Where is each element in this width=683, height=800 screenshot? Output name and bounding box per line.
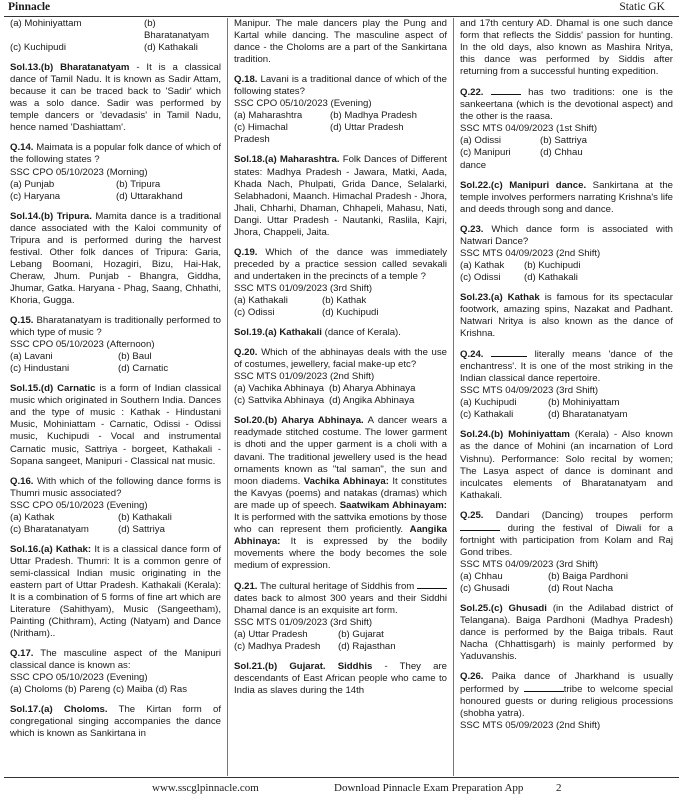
solution-22: Sol.22.(c) Manipuri dance. Sankirtana at… [460, 180, 673, 216]
option: (c) Madhya Pradesh [234, 641, 330, 653]
option: (a) Punjab [10, 179, 108, 191]
q13-options: (a) Mohiniyattam (b) Bharatanatyam (c) K… [10, 18, 221, 54]
question-14: Q.14. Maimata is a popular folk dance of… [10, 142, 221, 202]
answer-blank [491, 348, 527, 357]
question-label: Q.15. [10, 315, 33, 326]
answer-blank [460, 522, 500, 531]
question-25: Q.25. Dandari (Dancing) troupes perform … [460, 510, 673, 595]
option: (a) Lavani [10, 351, 110, 363]
question-text: Which dance form is associated with Natw… [460, 224, 673, 247]
solution-text: It is a classical dance form of Uttar Pr… [10, 544, 221, 639]
option: (a) Kathakali [234, 295, 314, 307]
exam-meta: SSC CPO 05/10/2023 (Evening) [10, 500, 221, 512]
question-16: Q.16. With which of the following dance … [10, 476, 221, 536]
option: (a) Odissi [460, 135, 532, 147]
solution-label: Sol.18.(a) Maharashtra. [234, 154, 340, 165]
option: (a) Chhau [460, 571, 540, 583]
question-label: Q.23. [460, 224, 483, 235]
option: (a) Kuchipudi [460, 397, 540, 409]
option: (d) Bharatanatyam [548, 409, 627, 421]
solution-21-continued: and 17th century AD. Dhamal is one such … [460, 18, 673, 78]
solution-label: Sol.25.(c) Ghusadi [460, 603, 547, 614]
question-label: Q.21. [234, 581, 257, 592]
question-label: Q.20. [234, 347, 257, 358]
exam-meta: SSC MTS 04/09/2023 (3rd Shift) [460, 559, 673, 571]
question-text: Lavani is a traditional dance of which o… [234, 74, 447, 97]
option: (b) Baul [118, 351, 168, 363]
question-text: The cultural heritage of Siddhis from [257, 581, 417, 592]
answer-blank [524, 683, 564, 692]
option: (d) Rajasthan [338, 641, 396, 653]
option: (c) Manipuri dance [460, 147, 532, 171]
option: (d) Uttar Pradesh [330, 122, 417, 146]
question-label: Q.19. [234, 247, 257, 258]
exam-meta: SSC MTS 04/09/2023 (2nd Shift) [460, 248, 673, 260]
question-label: Q.18. [234, 74, 257, 85]
option: (c) Sattvika Abhinaya [234, 395, 326, 407]
document-page: Pinnacle Static GK (a) Mohiniyattam (b) … [0, 0, 683, 800]
option: (b) Kuchipudi [524, 260, 581, 272]
answer-blank [491, 86, 521, 95]
page-header: Pinnacle Static GK [4, 0, 679, 17]
option: (d) Kuchipudi [322, 307, 379, 319]
option: (a) Uttar Pradesh [234, 629, 330, 641]
question-text: Maimata is a popular folk dance of which… [10, 142, 221, 165]
option: (a) Kathak [460, 260, 516, 272]
page-number: 2 [556, 782, 562, 794]
option: (b) Madhya Pradesh [330, 110, 417, 122]
option: (c) Bharatanatyam [10, 524, 110, 536]
footer-app-promo: Download Pinnacle Exam Preparation App [334, 782, 523, 794]
question-label: Q.17. [10, 648, 33, 659]
solution-19: Sol.19.(a) Kathakali (dance of Kerala). [234, 327, 447, 339]
solution-label: Sol.20.(b) Aharya Abhinaya. [234, 415, 364, 426]
option: (b) Sattriya [540, 135, 587, 147]
solution-label: Sol.15.(d) Carnatic [10, 383, 96, 394]
column-3: and 17th century AD. Dhamal is one such … [454, 18, 679, 776]
header-section: Static GK [619, 1, 665, 13]
option: (b) Tripura [116, 179, 183, 191]
question-label: Q.14. [10, 142, 33, 153]
exam-meta: SSC CPO 05/10/2023 (Morning) [10, 167, 221, 179]
option: (c) Odissi [460, 272, 516, 284]
question-text: With which of the following dance forms … [10, 476, 221, 499]
solution-16: Sol.16.(a) Kathak: It is a classical dan… [10, 544, 221, 640]
option: (a) Kathak [10, 512, 110, 524]
question-21: Q.21. The cultural heritage of Siddhis f… [234, 580, 447, 653]
question-text: Dandari (Dancing) troupes perform [483, 510, 673, 521]
option: (d) Sattriya [118, 524, 172, 536]
question-20: Q.20. Which of the abhinayas deals with … [234, 347, 447, 407]
solution-14: Sol.14.(b) Tripura. Mamita dance is a tr… [10, 211, 221, 307]
column-1: (a) Mohiniyattam (b) Bharatanatyam (c) K… [4, 18, 228, 776]
option: (d) Kathakali [144, 42, 221, 54]
solution-label: Sol.14.(b) Tripura. [10, 211, 92, 222]
term-saatwikam: Saatwikam Abhinayam: [340, 500, 447, 511]
question-15: Q.15. Bharatanatyam is traditionally per… [10, 315, 221, 375]
option: (b) Kathak [322, 295, 379, 307]
option: (b) Bharatanatyam [144, 18, 221, 42]
option: (c) Hindustani [10, 363, 110, 375]
exam-meta: SSC MTS 05/09/2023 (2nd Shift) [460, 720, 673, 732]
solution-label: Sol.19.(a) Kathakali [234, 327, 322, 338]
option: (c) Kuchipudi [10, 42, 136, 54]
question-label: Q.25. [460, 510, 483, 521]
option: (c) Ghusadi [460, 583, 540, 595]
exam-meta: SSC MTS 01/09/2023 (3rd Shift) [234, 617, 447, 629]
option: (c) Haryana [10, 191, 108, 203]
three-column-content: (a) Mohiniyattam (b) Bharatanatyam (c) K… [4, 18, 679, 776]
solution-text: and 17th century AD. Dhamal is one such … [460, 18, 673, 77]
term-vachika: Vachika Abhinaya: [304, 476, 389, 487]
solution-21: Sol.21.(b) Gujarat. Siddhis - They are d… [234, 661, 447, 697]
solution-23: Sol.23.(a) Kathak is famous for its spec… [460, 292, 673, 340]
solution-label: Sol.23.(a) Kathak [460, 292, 540, 303]
option: (d) Angika Abhinaya [329, 395, 415, 407]
exam-meta: SSC MTS 04/09/2023 (1st Shift) [460, 123, 673, 135]
solution-17: Sol.17.(a) Choloms. The Kirtan form of c… [10, 704, 221, 740]
question-18: Q.18. Lavani is a traditional dance of w… [234, 74, 447, 146]
option: (d) Chhau [540, 147, 587, 171]
solution-18: Sol.18.(a) Maharashtra. Folk Dances of D… [234, 154, 447, 238]
solution-label: Sol.24.(b) Mohiniyattam [460, 429, 570, 440]
question-label: Q.26. [460, 671, 483, 682]
option: (d) Rout Nacha [548, 583, 628, 595]
exam-meta: SSC MTS 01/09/2023 (3rd Shift) [234, 283, 447, 295]
solution-label: Sol.21.(b) Gujarat. Siddhis [234, 661, 372, 672]
solution-label: Sol.13.(b) Bharatanatyam [10, 62, 129, 73]
footer-website-link[interactable]: www.sscglpinnacle.com [152, 782, 259, 794]
question-text: Which of the dance was immediately prece… [234, 247, 447, 282]
option: (b) Aharya Abhinaya [329, 383, 415, 395]
exam-meta: SSC CPO 05/10/2023 (Afternoon) [10, 339, 221, 351]
option: (b) Gujarat [338, 629, 396, 641]
solution-20: Sol.20.(b) Aharya Abhinaya. A dancer wea… [234, 415, 447, 572]
solution-text: Mamita dance is a traditional dance asso… [10, 211, 221, 306]
exam-meta: SSC CPO 05/10/2023 (Evening) [10, 672, 221, 684]
question-text: dates back to almost 300 years and their… [234, 593, 447, 616]
solution-text: is a form of Indian classical music whic… [10, 383, 221, 466]
options-inline: (a) Choloms (b) Pareng (c) Maiba (d) Ras [10, 684, 221, 696]
option: (b) Baiga Pardhoni [548, 571, 628, 583]
exam-meta: SSC MTS 01/09/2023 (2nd Shift) [234, 371, 447, 383]
question-label: Q.22. [460, 87, 483, 98]
solution-text: Manipur. The male dancers play the Pung … [234, 18, 447, 65]
option: (c) Himachal Pradesh [234, 122, 322, 146]
solution-17-continued: Manipur. The male dancers play the Pung … [234, 18, 447, 66]
option: (a) Vachika Abhinaya [234, 383, 326, 395]
question-text: The masculine aspect of the Manipuri cla… [10, 648, 221, 671]
option: (a) Mohiniyattam [10, 18, 136, 42]
question-24: Q.24. literally means 'dance of the ench… [460, 348, 673, 421]
option: (b) Kathakali [118, 512, 172, 524]
option: (c) Odissi [234, 307, 314, 319]
option: (d) Carnatic [118, 363, 168, 375]
question-22: Q.22. has two traditions: one is the san… [460, 86, 673, 171]
answer-blank [417, 580, 447, 589]
exam-meta: SSC CPO 05/10/2023 (Evening) [234, 98, 447, 110]
option: (c) Kathakali [460, 409, 540, 421]
question-label: Q.24. [460, 349, 483, 360]
question-text: Which of the abhinayas deals with the us… [234, 347, 447, 370]
question-19: Q.19. Which of the dance was immediately… [234, 247, 447, 319]
solution-label: Sol.22.(c) Manipuri dance. [460, 180, 586, 191]
question-text: Bharatanatyam is traditionally performed… [10, 315, 221, 338]
option: (a) Maharashtra [234, 110, 322, 122]
option: (d) Kathakali [524, 272, 581, 284]
question-26: Q.26. Paika dance of Jharkhand is usuall… [460, 671, 673, 732]
question-label: Q.16. [10, 476, 33, 487]
page-footer: www.sscglpinnacle.com Download Pinnacle … [4, 777, 679, 800]
solution-text: (dance of Kerala). [322, 327, 401, 338]
solution-15: Sol.15.(d) Carnatic is a form of Indian … [10, 383, 221, 467]
solution-label: Sol.16.(a) Kathak: [10, 544, 91, 555]
option: (d) Uttarakhand [116, 191, 183, 203]
question-23: Q.23. Which dance form is associated wit… [460, 224, 673, 284]
column-2: Manipur. The male dancers play the Pung … [228, 18, 454, 776]
question-17: Q.17. The masculine aspect of the Manipu… [10, 648, 221, 696]
solution-13: Sol.13.(b) Bharatanatyam - It is a class… [10, 62, 221, 134]
option: (b) Mohiniyattam [548, 397, 627, 409]
solution-25: Sol.25.(c) Ghusadi (in the Adilabad dist… [460, 603, 673, 663]
solution-text: Folk Dances of Different states: Madhya … [234, 154, 447, 237]
header-brand: Pinnacle [8, 1, 50, 13]
solution-24: Sol.24.(b) Mohiniyattam (Kerala) - Also … [460, 429, 673, 501]
exam-meta: SSC MTS 04/09/2023 (3rd Shift) [460, 385, 673, 397]
solution-label: Sol.17.(a) Choloms. [10, 704, 108, 715]
